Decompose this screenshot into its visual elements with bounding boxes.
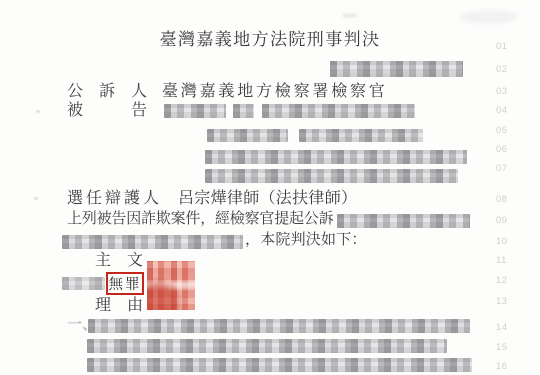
verdict-heading: 主 文	[95, 253, 143, 269]
defendant-address2-redacted	[205, 169, 458, 183]
indictment-number2-redacted	[62, 235, 243, 249]
line-number: 01	[496, 42, 508, 52]
defendant-id-label-redacted	[207, 129, 288, 142]
indictment-number-redacted	[337, 214, 470, 228]
prosecutor-label: 公 訴 人	[67, 84, 147, 100]
line-number: 12	[496, 276, 508, 286]
defendant-gender-redacted	[233, 104, 254, 118]
line-number: 15	[496, 343, 508, 353]
page-title: 臺灣嘉義地方法院刑事判決	[0, 31, 540, 48]
red-seal-stamp-icon	[147, 261, 195, 310]
preamble-line2-suffix: ，本院判決如下：	[245, 233, 367, 248]
defendant-birth-redacted	[262, 104, 415, 118]
defense-counsel-value: 呂宗燁律師（法扶律師）	[178, 191, 357, 207]
prosecutor-value: 臺灣嘉義地方檢察署檢察官	[162, 84, 388, 100]
line-number: 08	[496, 195, 508, 205]
line-number: 14	[496, 323, 508, 333]
paper-smudge	[460, 10, 518, 24]
line-number: 09	[496, 216, 508, 226]
paper-smudge	[342, 13, 358, 18]
line-number: 02	[496, 65, 508, 75]
reason-text-line1-redacted	[88, 319, 470, 333]
defendant-id-number-redacted	[299, 129, 423, 142]
reason-text-line2-redacted	[87, 339, 447, 353]
line-number: 13	[496, 297, 508, 307]
paper-speck	[34, 197, 38, 200]
verdict-highlight-box: 無罪	[106, 272, 144, 295]
defendant-label: 被 告	[67, 103, 147, 119]
verdict-name-redacted	[62, 277, 105, 290]
paper-speck	[36, 110, 40, 113]
defense-counsel-label: 選任辯護人	[67, 191, 162, 207]
line-number: 05	[496, 126, 508, 136]
judgment-document-page: 臺灣嘉義地方法院刑事判決 公 訴 人 臺灣嘉義地方檢察署檢察官 被 告 選任辯護…	[0, 0, 540, 375]
line-number: 10	[496, 237, 508, 247]
defendant-address1-redacted	[205, 150, 467, 164]
line-number: 11	[496, 256, 507, 266]
reason-heading: 理 由	[95, 298, 143, 314]
line-number: 06	[496, 145, 508, 155]
case-number-redacted	[330, 61, 463, 77]
preamble-line1: 上列被告因詐欺案件，經檢察官提起公訴	[67, 212, 333, 227]
line-number: 16	[496, 362, 508, 372]
reason-text-line3-redacted	[87, 358, 472, 372]
verdict-text: 無罪	[109, 273, 142, 294]
line-number: 04	[496, 106, 508, 116]
line-number: 03	[496, 87, 508, 97]
line-number: 07	[496, 164, 508, 174]
defendant-name-redacted	[164, 104, 226, 118]
